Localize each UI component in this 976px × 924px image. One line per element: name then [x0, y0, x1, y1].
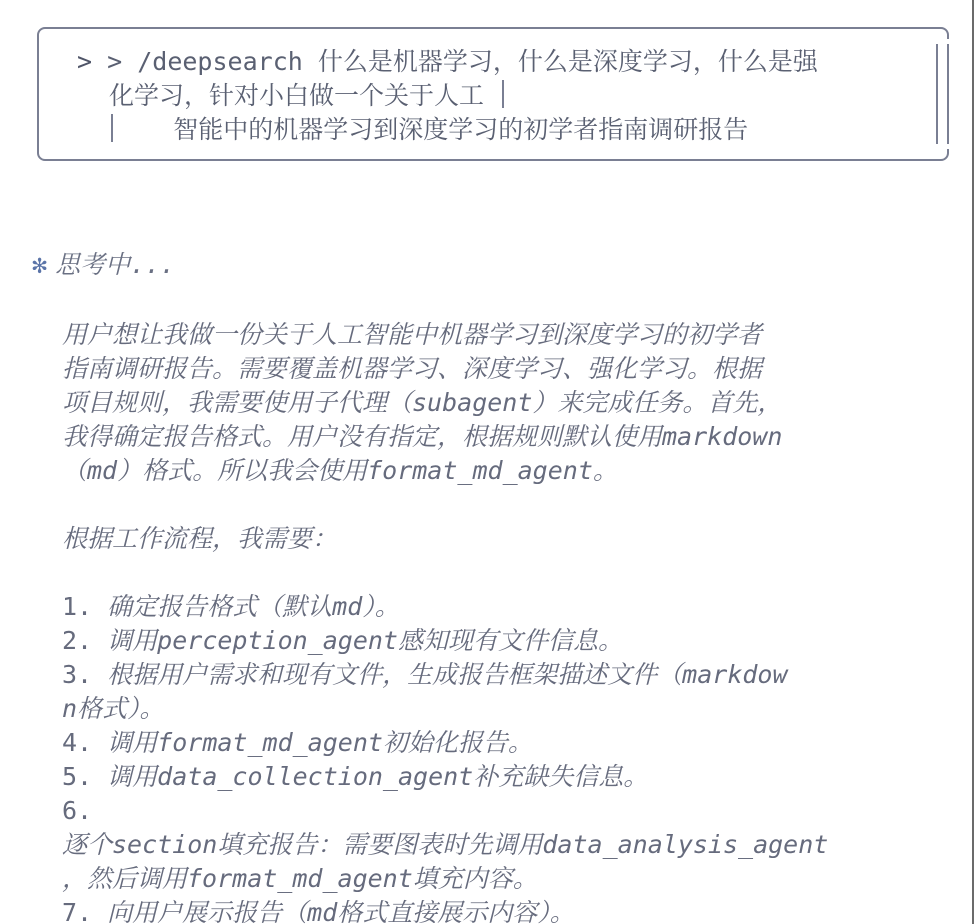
thinking-label: 思考中... — [55, 250, 175, 279]
workflow-step-continued: ，然后调用format_md_agent填充内容。 — [62, 862, 912, 896]
workflow-step: 2. 调用perception_agent感知现有文件信息。 — [62, 624, 912, 658]
prompt-marker: > — [77, 47, 92, 76]
thinking-paragraph-line: 用户想让我做一份关于人工智能中机器学习到深度学习的初学者 — [62, 318, 912, 352]
step-number: 4. — [62, 728, 92, 757]
workflow-step: 7. 向用户展示报告（md格式直接展示内容）。 — [62, 896, 912, 924]
step-text: 调用data_collection_agent补充缺失信息。 — [92, 762, 648, 791]
step-number: 5. — [62, 762, 92, 791]
thinking-header: ✻思考中... — [32, 248, 175, 282]
workflow-intro: 根据工作流程，我需要： — [62, 522, 912, 556]
text-frame-bar — [111, 114, 113, 142]
step-text: 根据用户需求和现有文件，生成报告框架描述文件（markdow — [92, 660, 787, 689]
workflow-step: 5. 调用data_collection_agent补充缺失信息。 — [62, 760, 912, 794]
step-number: 1. — [62, 592, 92, 621]
prompt-line-3: 智能中的机器学习到深度学习的初学者指南调研报告 — [109, 113, 748, 146]
step-text: n格式）。 — [62, 694, 165, 723]
thinking-paragraph-line: 项目规则，我需要使用子代理（subagent）来完成任务。首先， — [62, 386, 912, 420]
prompt-text-line-3: 智能中的机器学习到深度学习的初学者指南调研报告 — [173, 115, 748, 144]
step-number: 6. — [62, 796, 92, 825]
prompt-line-1: > > /deepsearch 什么是机器学习，什么是深度学习，什么是强 — [77, 45, 818, 78]
text-frame-right-bar — [936, 44, 938, 144]
thinking-paragraph-line: 指南调研报告。需要覆盖机器学习、深度学习、强化学习。根据 — [62, 352, 912, 386]
prompt-box[interactable]: > > /deepsearch 什么是机器学习，什么是深度学习，什么是强 化学习… — [37, 27, 949, 161]
step-text: 向用户展示报告（md格式直接展示内容）。 — [92, 898, 575, 924]
thinking-paragraph-line: 我得确定报告格式。用户没有指定，根据规则默认使用markdown — [62, 420, 912, 454]
step-text: 调用format_md_agent初始化报告。 — [92, 728, 533, 757]
spacer — [62, 556, 912, 590]
thinking-paragraph-line: （md）格式。所以我会使用format_md_agent。 — [62, 454, 912, 488]
thinking-content: 用户想让我做一份关于人工智能中机器学习到深度学习的初学者 指南调研报告。需要覆盖… — [62, 318, 912, 924]
prompt-line-2: 化学习，针对小白做一个关于人工 — [109, 79, 504, 112]
step-number: 7. — [62, 898, 92, 924]
step-number: 3. — [62, 660, 92, 689]
step-text: ，然后调用format_md_agent填充内容。 — [62, 864, 538, 893]
workflow-step: 3. 根据用户需求和现有文件，生成报告框架描述文件（markdow — [62, 658, 912, 692]
workflow-step-continued: n格式）。 — [62, 692, 912, 726]
workflow-step-continued: 逐个section填充报告：需要图表时先调用data_analysis_agen… — [62, 828, 912, 862]
prompt-text-line-2: 化学习，针对小白做一个关于人工 — [109, 81, 484, 110]
text-frame-bar — [502, 80, 504, 108]
spacer — [62, 488, 912, 522]
step-number: 2. — [62, 626, 92, 655]
step-text: 调用perception_agent感知现有文件信息。 — [92, 626, 623, 655]
workflow-step: 1. 确定报告格式（默认md）。 — [62, 590, 912, 624]
scrollbar-track — [972, 0, 974, 924]
border-gap — [944, 144, 950, 149]
border-gap — [944, 39, 950, 44]
step-text: 确定报告格式（默认md）。 — [92, 592, 400, 621]
workflow-step: 4. 调用format_md_agent初始化报告。 — [62, 726, 912, 760]
prompt-text-line-1: > /deepsearch 什么是机器学习，什么是深度学习，什么是强 — [107, 47, 818, 76]
step-text: 逐个section填充报告：需要图表时先调用data_analysis_agen… — [62, 830, 828, 859]
thinking-spinner-icon: ✻ — [32, 250, 47, 279]
workflow-step: 6. — [62, 794, 912, 828]
